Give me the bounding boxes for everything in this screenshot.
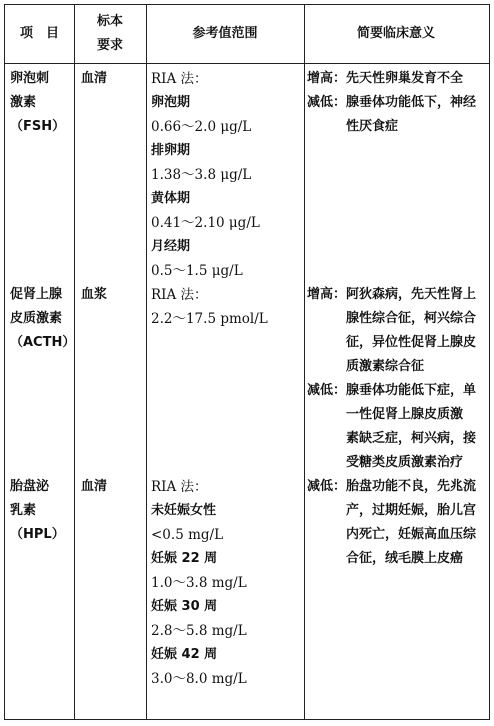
reference-line: RIA 法： [151,67,260,91]
meaning-entry-increase: 增高： 先天性卵巢发育不全 [307,67,489,91]
header-meaning: 简要临床意义 [304,5,488,63]
reference-line: 未妊娠女性 [151,499,247,523]
meaning-line: 合征，绒毛膜上皮癌 [346,547,489,571]
meaning-label: 增高： [307,67,346,91]
meaning-label: 减低： [307,379,346,475]
row-acth-item: 促肾上腺 皮质激素 （ACTH） [10,283,75,355]
header-reference: 参考值范围 [146,5,304,63]
meaning-entry-decrease: 减低： 腺垂体功能低下，神经 性厌食症 [307,91,489,139]
meaning-line: 素缺乏症，柯兴病，接 [346,427,489,451]
item-line: 胎盘泌 [10,475,65,499]
header-divider [5,63,489,64]
header-item: 项 目 [5,5,74,63]
reference-line: RIA 法： [151,283,268,307]
meaning-text: 胎盘功能不良，先兆流 产，过期妊娠，胎儿宫 内死亡，妊娠高血压综 合征，绒毛膜上… [346,475,489,571]
row-hpl-item: 胎盘泌 乳素 （HPL） [10,475,65,547]
reference-line: 2.2～17.5 pmol/L [151,307,268,331]
meaning-line: 征，异位性促肾上腺皮 [346,331,489,355]
reference-line: <0.5 mg/L [151,523,247,547]
reference-line: 0.41～2.10 μg/L [151,211,260,235]
item-line: （ACTH） [10,331,75,355]
specimen-text: 血清 [81,475,107,499]
reference-line: 1.0～3.8 mg/L [151,571,247,595]
meaning-entry-decrease: 减低： 胎盘功能不良，先兆流 产，过期妊娠，胎儿宫 内死亡，妊娠高血压综 合征，… [307,475,489,571]
reference-line: 妊娠 22 周 [151,547,247,571]
meaning-entry-increase: 增高： 阿狄森病，先天性肾上 腺性综合征，柯兴综合 征，异位性促肾上腺皮 质激素… [307,283,489,379]
meaning-text: 腺垂体功能低下症，单 一性促肾上腺皮质激 素缺乏症，柯兴病，接 受糖类皮质激素治… [346,379,489,475]
meaning-text: 先天性卵巢发育不全 [346,67,489,91]
specimen-text: 血浆 [81,283,107,307]
header-reference-label: 参考值范围 [192,22,257,46]
row-fsh-reference: RIA 法： 卵泡期 0.66～2.0 μg/L 排卵期 1.38～3.8 μg… [151,67,260,283]
row-hpl-specimen: 血清 [81,475,107,499]
reference-line: 0.66～2.0 μg/L [151,115,260,139]
meaning-label: 增高： [307,283,346,379]
column-divider [74,5,75,719]
meaning-line: 性厌食症 [346,115,489,139]
reference-line: 3.0～8.0 mg/L [151,667,247,691]
item-line: （HPL） [10,523,65,547]
meaning-line: 内死亡，妊娠高血压综 [346,523,489,547]
column-divider [304,5,305,719]
column-divider [146,5,147,719]
header-specimen-line2: 要求 [97,34,123,58]
reference-line: 0.5～1.5 μg/L [151,259,260,283]
meaning-line: 质激素综合征 [346,355,489,379]
reference-line: 2.8～5.8 mg/L [151,619,247,643]
specimen-text: 血清 [81,67,107,91]
meaning-text: 阿狄森病，先天性肾上 腺性综合征，柯兴综合 征，异位性促肾上腺皮 质激素综合征 [346,283,489,379]
header-item-label: 项 目 [20,22,59,46]
meaning-line: 阿狄森病，先天性肾上 [346,283,489,307]
reference-line: 月经期 [151,235,260,259]
reference-line: 妊娠 42 周 [151,643,247,667]
item-line: （FSH） [10,115,65,139]
reference-line: 1.38～3.8 μg/L [151,163,260,187]
meaning-line: 腺垂体功能低下，神经 [346,91,489,115]
meaning-line: 产，过期妊娠，胎儿宫 [346,499,489,523]
reference-line: 排卵期 [151,139,260,163]
row-fsh-specimen: 血清 [81,67,107,91]
row-fsh-meaning: 增高： 先天性卵巢发育不全 减低： 腺垂体功能低下，神经 性厌食症 [307,67,489,139]
header-meaning-label: 简要临床意义 [357,22,435,46]
reference-line: 卵泡期 [151,91,260,115]
meaning-line: 一性促肾上腺皮质激 [346,403,489,427]
row-acth-specimen: 血浆 [81,283,107,307]
meaning-label: 减低： [307,475,346,571]
meaning-line: 先天性卵巢发育不全 [346,67,489,91]
item-line: 乳素 [10,499,65,523]
item-line: 激素 [10,91,65,115]
reference-table: 项 目 标本 要求 参考值范围 简要临床意义 卵泡刺 激素 （FSH） 血清 R… [4,4,490,720]
meaning-entry-decrease: 减低： 腺垂体功能低下症，单 一性促肾上腺皮质激 素缺乏症，柯兴病，接 受糖类皮… [307,379,489,475]
reference-line: 妊娠 30 周 [151,595,247,619]
meaning-line: 腺垂体功能低下症，单 [346,379,489,403]
row-acth-reference: RIA 法： 2.2～17.5 pmol/L [151,283,268,331]
header-specimen-line1: 标本 [97,10,123,34]
row-fsh-item: 卵泡刺 激素 （FSH） [10,67,65,139]
reference-line: RIA 法： [151,475,247,499]
meaning-line: 胎盘功能不良，先兆流 [346,475,489,499]
meaning-line: 腺性综合征，柯兴综合 [346,307,489,331]
item-line: 促肾上腺 [10,283,75,307]
row-acth-meaning: 增高： 阿狄森病，先天性肾上 腺性综合征，柯兴综合 征，异位性促肾上腺皮 质激素… [307,283,489,475]
item-line: 皮质激素 [10,307,75,331]
header-specimen: 标本 要求 [74,5,146,63]
row-hpl-meaning: 减低： 胎盘功能不良，先兆流 产，过期妊娠，胎儿宫 内死亡，妊娠高血压综 合征，… [307,475,489,571]
reference-line: 黄体期 [151,187,260,211]
row-hpl-reference: RIA 法： 未妊娠女性 <0.5 mg/L 妊娠 22 周 1.0～3.8 m… [151,475,247,691]
meaning-text: 腺垂体功能低下，神经 性厌食症 [346,91,489,139]
meaning-label: 减低： [307,91,346,139]
item-line: 卵泡刺 [10,67,65,91]
meaning-line: 受糖类皮质激素治疗 [346,451,489,475]
